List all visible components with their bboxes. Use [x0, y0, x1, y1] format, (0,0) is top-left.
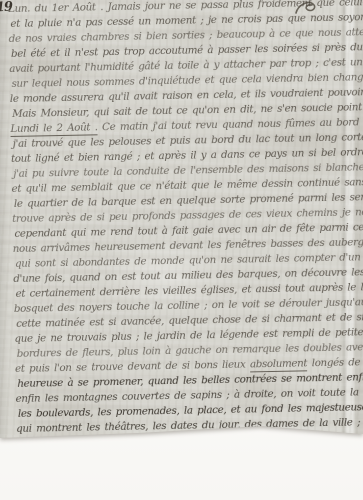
pen-flourish-icon: ∾: [334, 431, 344, 445]
paper-shadow: 19 Lun. du 1er Août . Jamais jour ne se …: [0, 0, 363, 500]
underlined-phrase: absolument: [250, 357, 308, 372]
scanned-letter-page: 19 Lun. du 1er Août . Jamais jour ne se …: [0, 0, 363, 500]
letter-body: Lun. du 1er Août . Jamais jour ne se pas…: [8, 0, 356, 452]
letter-paper: 19 Lun. du 1er Août . Jamais jour ne se …: [0, 0, 363, 500]
